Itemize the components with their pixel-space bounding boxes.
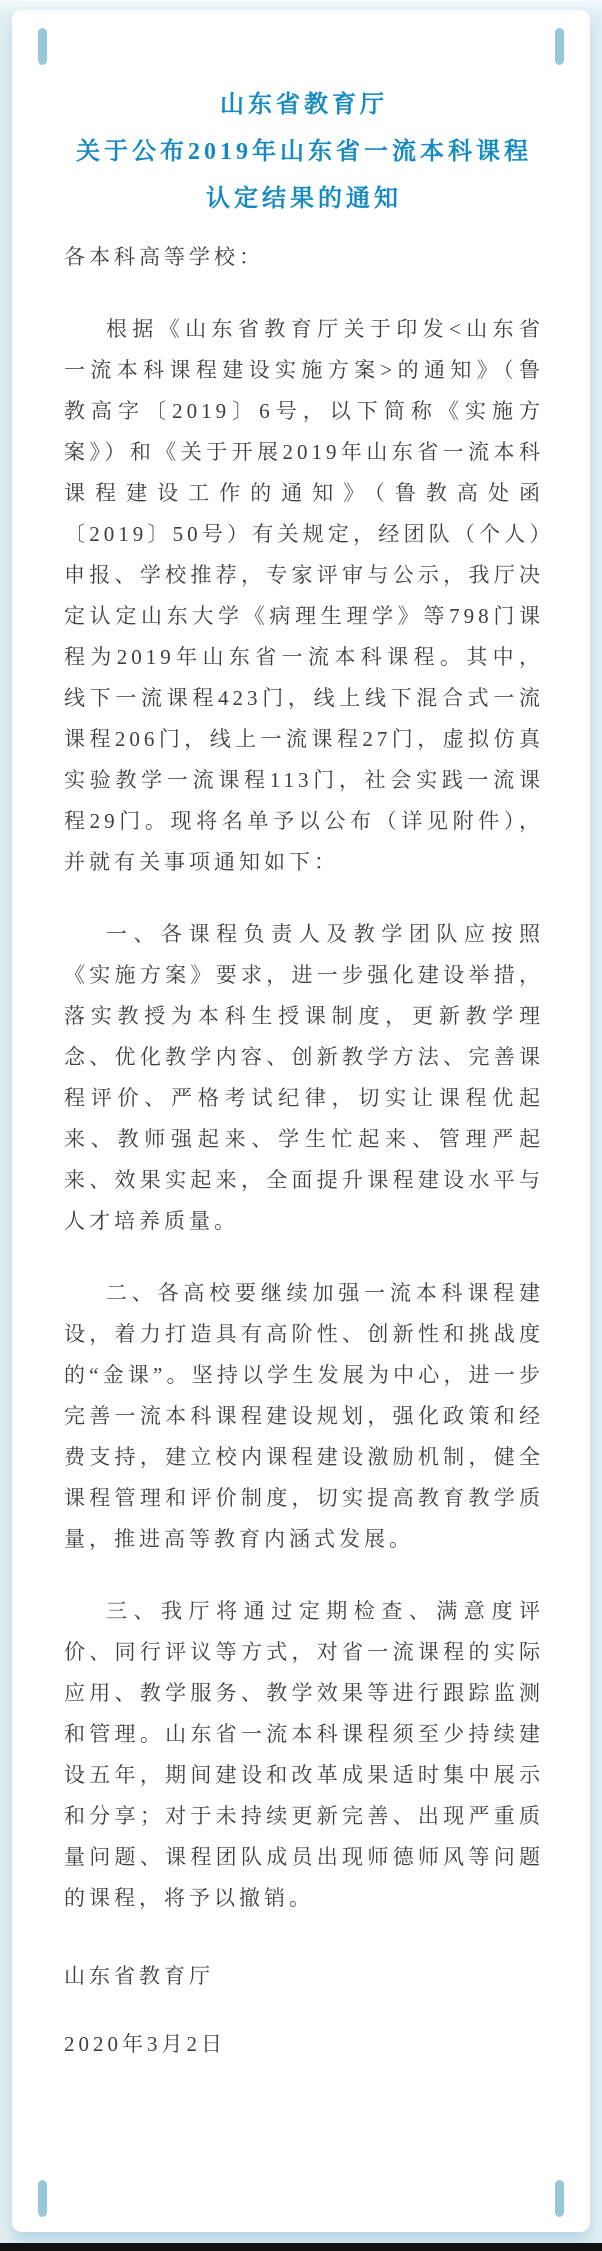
document-title: 山东省教育厅 关于公布2019年山东省一流本科课程 认定结果的通知	[64, 10, 544, 223]
paragraph-item-three: 三、我厅将通过定期检查、满意度评价、同行评议等方式，对省一流课程的实际应用、教学…	[64, 1591, 544, 1919]
issue-date: 2020年3月2日	[64, 2024, 544, 2065]
corner-accent-bottom-right	[555, 2180, 564, 2217]
title-line-2: 关于公布2019年山东省一流本科课程	[64, 129, 544, 176]
corner-accent-top-left	[38, 28, 47, 65]
notice-document: 山东省教育厅 关于公布2019年山东省一流本科课程 认定结果的通知 各本科高等学…	[12, 10, 590, 2232]
screen-bottom-edge-bar	[0, 2243, 602, 2251]
title-line-3: 认定结果的通知	[64, 176, 544, 223]
title-line-1: 山东省教育厅	[64, 82, 544, 129]
page-background: 山东省教育厅 关于公布2019年山东省一流本科课程 认定结果的通知 各本科高等学…	[0, 0, 602, 2251]
paragraph-item-two: 二、各高校要继续加强一流本科课程建设，着力打造具有高阶性、创新性和挑战度的“金课…	[64, 1273, 544, 1560]
corner-accent-bottom-left	[38, 2180, 47, 2217]
issuer-signature: 山东省教育厅	[64, 1956, 544, 1997]
signature-block: 山东省教育厅 2020年3月2日	[64, 1956, 544, 2065]
corner-accent-top-right	[555, 28, 564, 65]
salutation: 各本科高等学校：	[64, 237, 544, 278]
paragraph-intro: 根据《山东省教育厅关于印发<山东省一流本科课程建设实施方案>的通知》（鲁教高字〔…	[64, 309, 544, 883]
paragraph-item-one: 一、各课程负责人及教学团队应按照《实施方案》要求，进一步强化建设举措，落实教授为…	[64, 914, 544, 1242]
